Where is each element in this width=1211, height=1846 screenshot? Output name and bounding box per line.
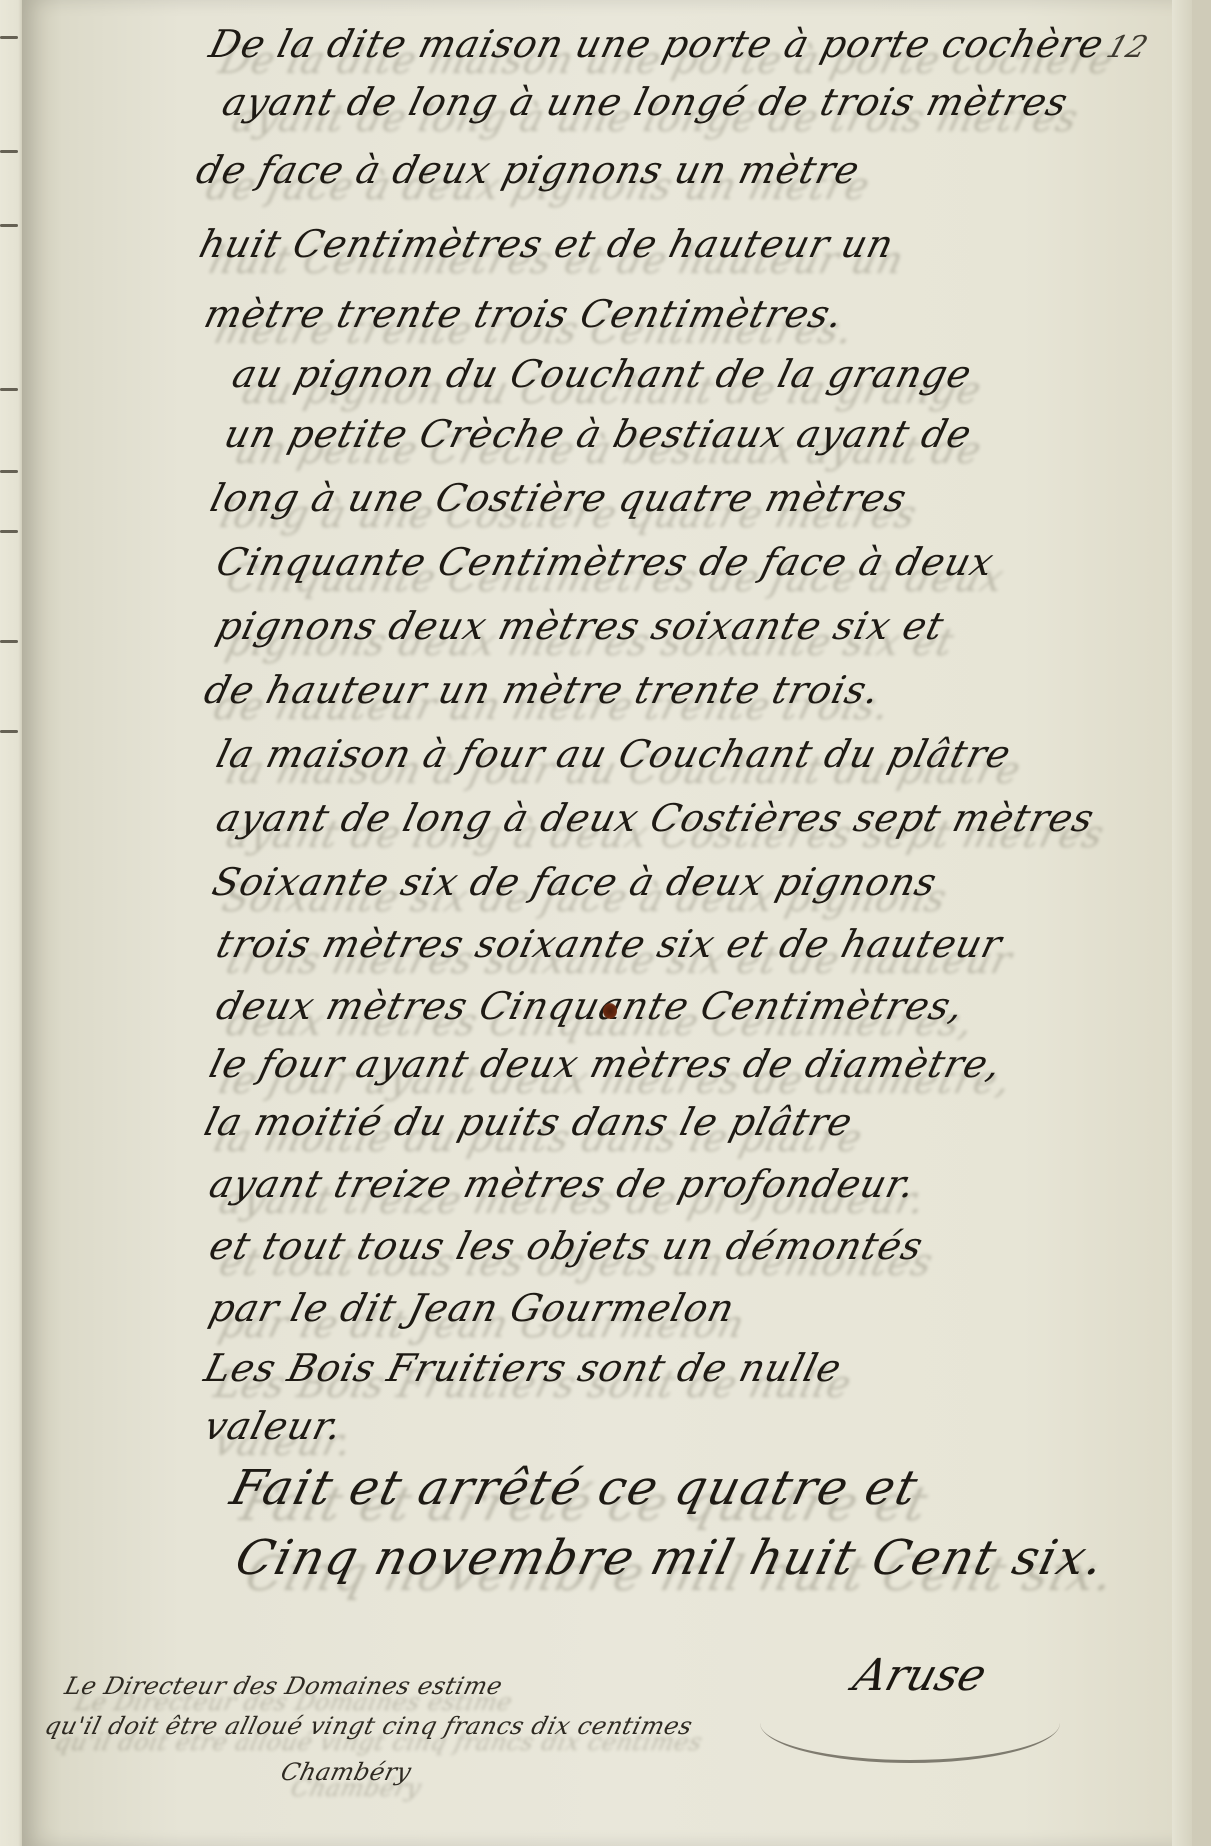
manuscript-line: Cinquante Centimètres de face à deux (212, 540, 999, 584)
manuscript-line: le four ayant deux mètres de diamètre, (205, 1042, 1006, 1086)
adjacent-ink-stroke (0, 36, 18, 39)
manuscript-line: la maison à four au Couchant du plâtre (212, 732, 1016, 776)
manuscript-line: deux mètres Cinquante Centimètres, (212, 984, 969, 1028)
manuscript-line: au pignon du Couchant de la grange (228, 352, 977, 396)
manuscript-line: et tout tous les objets un démontés (205, 1224, 928, 1268)
manuscript-line: ayant de long à une longé de trois mètre… (218, 80, 1073, 124)
manuscript-line: de face à deux pignons un mètre (192, 148, 865, 192)
signature: Aruse (848, 1650, 992, 1701)
adjacent-ink-stroke (0, 640, 18, 643)
closing-line: Fait et arrêté ce quatre et (225, 1460, 925, 1516)
adjacent-ink-stroke (0, 150, 18, 153)
adjacent-ink-stroke (0, 530, 18, 533)
manuscript-line: long à une Costière quatre mètres (206, 476, 912, 520)
manuscript-line: ayant treize mètres de profondeur. (205, 1162, 920, 1206)
manuscript-line: de hauteur un mètre trente trois. (200, 668, 885, 712)
manuscript-line: valeur. (200, 1404, 347, 1448)
manuscript-line: Les Bois Fruitiers sont de nulle (200, 1346, 846, 1390)
manuscript-line: Soixante six de face à deux pignons (208, 860, 942, 904)
manuscript-line: mètre trente trois Centimètres. (200, 292, 848, 336)
manuscript-line: De la dite maison une porte à porte coch… (205, 22, 1109, 66)
manuscript-line: la moitié du puits dans le plâtre (200, 1100, 857, 1144)
adjacent-ink-stroke (0, 730, 18, 733)
page-edge (1172, 0, 1192, 1846)
manuscript-line: ayant de long à deux Costières sept mètr… (212, 796, 1099, 840)
manuscript-line: huit Centimètres et de hauteur un (195, 222, 899, 266)
manuscript-line: pignons deux mètres soixante six et (212, 604, 949, 648)
marginal-note-line: qu'il doit être alloué vingt cinq francs… (42, 1712, 695, 1740)
adjacent-ink-stroke (0, 470, 18, 473)
adjacent-ink-stroke (0, 388, 18, 391)
ink-stain (603, 1003, 617, 1019)
adjacent-ink-stroke (0, 224, 18, 227)
marginal-note-line: Le Directeur des Domaines estime (62, 1672, 506, 1700)
manuscript-line: par le dit Jean Gourmelon (205, 1286, 740, 1330)
closing-line: Cinq novembre mil huit Cent six. (230, 1530, 1111, 1586)
marginal-note-line: Chambéry (278, 1758, 414, 1786)
manuscript-line: trois mètres soixante six et de hauteur (212, 922, 1007, 966)
manuscript-line: un petite Crèche à bestiaux ayant de (220, 412, 977, 456)
